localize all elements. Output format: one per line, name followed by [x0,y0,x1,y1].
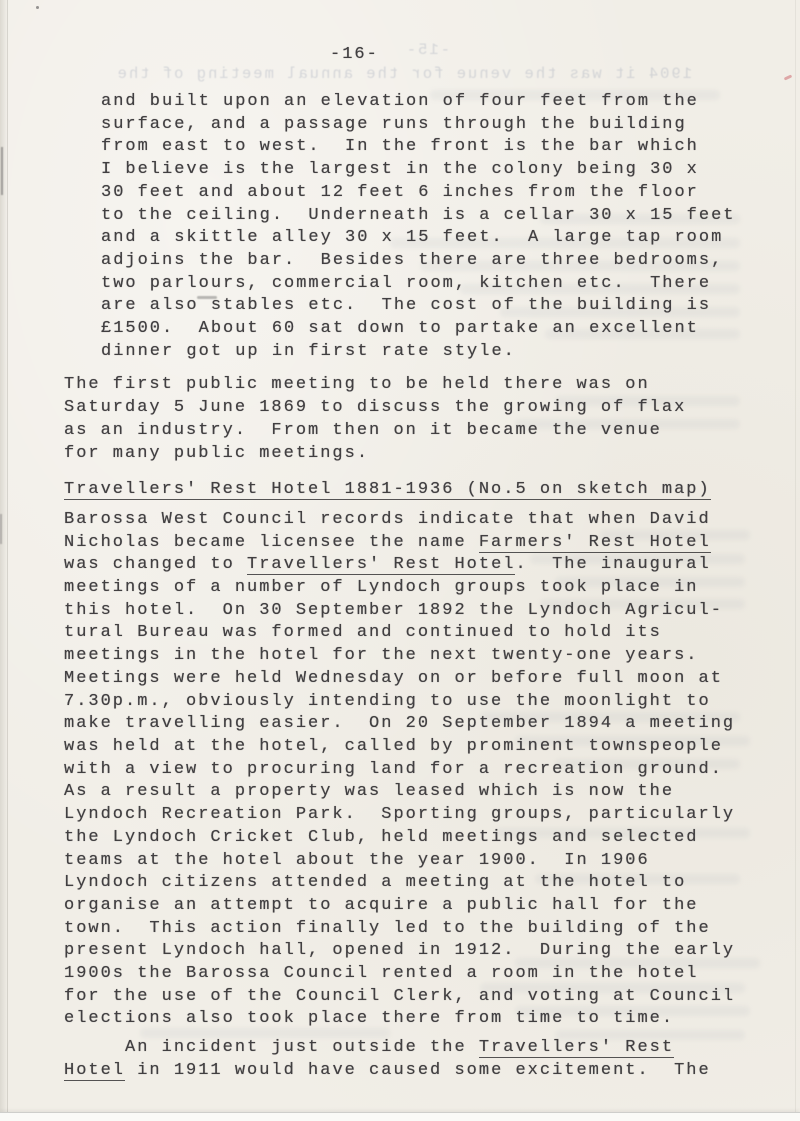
text-segment: tural Bureau was formed and continued to… [64,623,662,642]
text-line: with a view to procuring land for a recr… [64,759,770,782]
text-line: Hotel in 1911 would have caused some exc… [64,1060,770,1083]
text-segment: 7.30p.m., obviously intending to use the… [64,692,711,711]
text-line: Saturday 5 June 1869 to discuss the grow… [64,397,770,420]
text-line: As a result a property was leased which … [64,781,770,804]
blockquote-hotel-description: and built upon an elevation of four feet… [101,91,770,363]
text-line: An incident just outside the Travellers'… [64,1037,770,1060]
text-segment: Saturday 5 June 1869 to discuss the grow… [64,398,686,417]
paragraph-incident-1911: An incident just outside the Travellers'… [64,1037,770,1082]
text-segment: elections also took place there from tim… [64,1009,674,1028]
text-segment: meetings in the hotel for the next twent… [64,646,699,665]
text-segment: Lyndoch Recreation Park. Sporting groups… [64,805,735,824]
text-segment: with a view to procuring land for a recr… [64,760,723,779]
text-line: to the ceiling. Underneath is a cellar 3… [101,205,770,228]
page-number: -16- [330,44,379,67]
text-line: the Lyndoch Cricket Club, held meetings … [64,827,770,850]
text-segment: dinner got up in first rate style. [101,342,516,361]
text-line: was held at the hotel, called by promine… [64,736,770,759]
text-line: teams at the hotel about the year 1900. … [64,850,770,873]
text-line: adjoins the bar. Besides there are three… [101,250,770,273]
page-left-edge-line [7,0,8,1121]
text-segment: 1900s the Barossa Council rented a room … [64,964,699,983]
text-line: make travelling easier. On 20 September … [64,713,770,736]
text-line: 1900s the Barossa Council rented a room … [64,963,770,986]
text-line: meetings of a number of Lyndoch groups t… [64,577,770,600]
text-segment: the Lyndoch Cricket Club, held meetings … [64,828,699,847]
text-segment: was held at the hotel, called by promine… [64,737,723,756]
text-segment: Barossa West Council records indicate th… [64,510,711,529]
paragraph-first-public-meeting: The first public meeting to be held ther… [64,374,770,465]
text-line: Barossa West Council records indicate th… [64,509,770,532]
stray-typewriter-mark [197,296,217,299]
text-segment: teams at the hotel about the year 1900. … [64,851,650,870]
text-line: this hotel. On 30 September 1892 the Lyn… [64,600,770,623]
text-line: from east to west. In the front is the b… [101,136,770,159]
underlined-text: Hotel [64,1061,125,1081]
text-line: and built upon an elevation of four feet… [101,91,770,114]
text-line: £1500. About 60 sat down to partake an e… [101,318,770,341]
underlined-text: Farmers' Rest Hotel [479,533,711,553]
text-line: elections also took place there from tim… [64,1008,770,1031]
text-line: organise an attempt to acquire a public … [64,895,770,918]
text-segment: 30 feet and about 12 feet 6 inches from … [101,183,699,202]
text-line: dinner got up in first rate style. [101,341,770,364]
text-line: Meetings were held Wednesday on or befor… [64,668,770,691]
text-segment: are also stables etc. The cost of the bu… [101,296,711,315]
text-segment: town. This action finally led to the bui… [64,919,711,938]
text-line: 7.30p.m., obviously intending to use the… [64,691,770,714]
text-segment: in 1911 would have caused some excitemen… [125,1061,711,1080]
text-line: for many public meetings. [64,443,770,466]
text-segment: . The inaugural [515,555,710,574]
text-line: Nicholas became licensee the name Farmer… [64,532,770,555]
page-right-edge-line [795,0,796,1121]
text-line: I believe is the largest in the colony b… [101,159,770,182]
text-segment: organise an attempt to acquire a public … [64,896,699,915]
document-body: and built upon an elevation of four feet… [64,91,770,1083]
ghost-show-through-line: 1904 it was the venue for the annual mee… [112,65,692,83]
text-segment: £1500. About 60 sat down to partake an e… [101,319,699,338]
text-segment: The first public meeting to be held ther… [64,375,650,394]
paper-speck [36,6,39,9]
paragraph-barossa-west-council: Barossa West Council records indicate th… [64,509,770,1031]
ghost-page-number: -15- [402,41,450,59]
text-line: as an industry. From then on it became t… [64,420,770,443]
edge-scratch-mark [0,514,2,544]
text-segment: meetings of a number of Lyndoch groups t… [64,578,699,597]
text-line: present Lyndoch hall, opened in 1912. Du… [64,940,770,963]
text-segment: surface, and a passage runs through the … [101,115,687,134]
text-segment: and a skittle alley 30 x 15 feet. A larg… [101,228,723,247]
text-segment: this hotel. On 30 September 1892 the Lyn… [64,601,723,620]
text-line: meetings in the hotel for the next twent… [64,645,770,668]
text-line: for the use of the Council Clerk, and vo… [64,986,770,1009]
scanned-document-page: -15- 1904 it was the venue for the annua… [0,0,800,1121]
heading-travellers-rest-hotel: Travellers' Rest Hotel 1881-1936 (No.5 o… [64,479,770,502]
text-segment: two parlours, commercial room, kitchen e… [101,274,711,293]
text-segment: for many public meetings. [64,444,369,463]
text-segment: Nicholas became licensee the name [64,533,479,552]
text-segment: as an industry. From then on it became t… [64,421,662,440]
edge-scratch-mark [1,147,3,195]
text-segment: As a result a property was leased which … [64,782,674,801]
text-segment: present Lyndoch hall, opened in 1912. Du… [64,941,735,960]
text-segment: I believe is the largest in the colony b… [101,160,699,179]
text-line: was changed to Travellers' Rest Hotel. T… [64,554,770,577]
text-segment: Meetings were held Wednesday on or befor… [64,669,723,688]
red-ink-speck [784,74,793,80]
text-segment: Lyndoch citizens attended a meeting at t… [64,873,686,892]
text-line: 30 feet and about 12 feet 6 inches from … [101,182,770,205]
text-segment: adjoins the bar. Besides there are three… [101,251,723,270]
text-line: The first public meeting to be held ther… [64,374,770,397]
text-line: two parlours, commercial room, kitchen e… [101,273,770,296]
underlined-text: Travellers' Rest [479,1038,674,1058]
text-segment: make travelling easier. On 20 September … [64,714,735,733]
text-segment: from east to west. In the front is the b… [101,137,699,156]
text-segment: and built upon an elevation of four feet… [101,92,699,111]
text-line: town. This action finally led to the bui… [64,918,770,941]
underlined-text: Travellers' Rest Hotel 1881-1936 (No.5 o… [64,480,711,500]
text-line: and a skittle alley 30 x 15 feet. A larg… [101,227,770,250]
text-line: Lyndoch citizens attended a meeting at t… [64,872,770,895]
page-bottom-edge [0,1112,800,1121]
text-segment: for the use of the Council Clerk, and vo… [64,987,735,1006]
text-line: Lyndoch Recreation Park. Sporting groups… [64,804,770,827]
text-segment: was changed to [64,555,247,574]
text-segment: An incident just outside the [64,1038,479,1057]
text-line: tural Bureau was formed and continued to… [64,622,770,645]
text-line: surface, and a passage runs through the … [101,114,770,137]
text-segment: to the ceiling. Underneath is a cellar 3… [101,206,736,225]
underlined-text: Travellers' Rest Hotel [247,555,515,575]
text-line: Travellers' Rest Hotel 1881-1936 (No.5 o… [64,479,770,502]
